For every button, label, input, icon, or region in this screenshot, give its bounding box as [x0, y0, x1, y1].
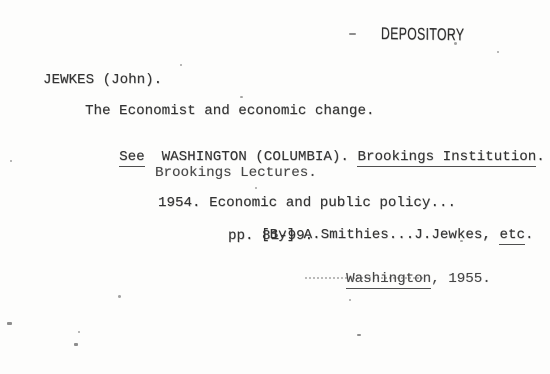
paper-speck	[255, 187, 257, 189]
paper-speck	[7, 322, 12, 325]
faded-dot-row	[305, 277, 423, 279]
paper-speck	[349, 33, 356, 35]
author-heading: JEWKES (John).	[43, 72, 162, 88]
see-label: See	[119, 149, 145, 167]
paper-speck	[180, 64, 182, 66]
paper-speck	[454, 42, 457, 45]
series-title: Brookings Lectures.	[155, 165, 317, 181]
paper-speck	[10, 160, 12, 162]
depository-stamp: DEPOSITORY	[381, 25, 465, 43]
paper-speck	[118, 295, 121, 298]
byline-etc: etc	[499, 227, 525, 245]
entry-pagination: pp. 81-99.	[228, 228, 313, 244]
paper-speck	[349, 299, 351, 301]
paper-speck	[497, 51, 499, 53]
catalog-card: DEPOSITORY JEWKES (John). The Economist …	[0, 0, 550, 374]
see-subheading: Brookings Institution	[357, 149, 536, 167]
byline-terminal-period: .	[525, 227, 534, 243]
paper-speck	[78, 331, 80, 333]
see-terminal-period: .	[536, 149, 545, 165]
imprint-date: , 1955.	[431, 271, 491, 287]
paper-speck	[357, 334, 361, 336]
work-title: The Economist and economic change.	[85, 103, 374, 119]
entry-year-title: 1954. Economic and public policy...	[158, 195, 456, 211]
entry-imprint: Washington, 1955.	[312, 255, 491, 304]
paper-speck	[74, 343, 78, 346]
see-main-heading: WASHINGTON (COLUMBIA).	[145, 149, 358, 165]
paper-speck	[460, 240, 463, 242]
imprint-place: Washington	[346, 271, 431, 289]
paper-speck	[240, 96, 243, 98]
